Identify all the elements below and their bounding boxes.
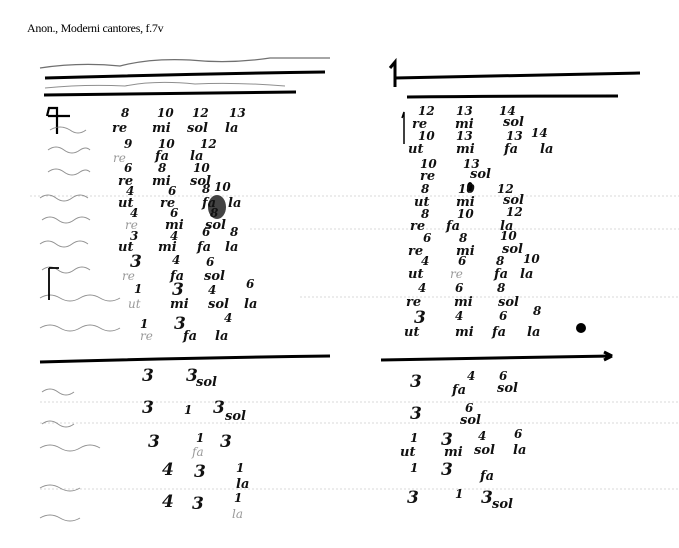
- interval-number: 9: [124, 138, 132, 150]
- interval-number: 4: [418, 282, 426, 294]
- interval-number: 3: [194, 464, 206, 481]
- interval-number: 3: [192, 496, 204, 513]
- interval-number: 6: [458, 255, 466, 267]
- interval-number: 1: [234, 492, 242, 504]
- interval-number: 10: [523, 253, 540, 265]
- interval-number: 3: [148, 434, 160, 451]
- solmization-syllable: la: [244, 298, 257, 311]
- solmization-syllable: re: [122, 270, 135, 282]
- solmization-syllable: mi: [152, 122, 171, 135]
- interval-number: 8: [230, 226, 238, 238]
- interval-number: 10: [458, 183, 475, 195]
- header-number: 10: [157, 107, 174, 119]
- solmization-syllable: ut: [408, 143, 423, 156]
- interval-number: 8: [202, 183, 210, 195]
- interval-number: 3: [410, 406, 422, 423]
- solmization-syllable: fa: [183, 330, 197, 343]
- interval-number: 1: [455, 488, 463, 500]
- solmization-syllable: sol: [474, 444, 495, 457]
- solmization-syllable: sol: [497, 382, 518, 395]
- interval-number: 8: [459, 232, 467, 244]
- interval-number: 3: [142, 368, 154, 385]
- solmization-syllable: la: [527, 326, 540, 339]
- interval-number: 6: [246, 278, 254, 290]
- solmization-syllable: mi: [444, 446, 463, 459]
- interval-number: 4: [162, 494, 174, 511]
- solmization-syllable: la: [540, 143, 553, 156]
- solmization-syllable: fa: [504, 143, 518, 156]
- interval-number: 3: [410, 374, 422, 391]
- solmization-syllable: la: [225, 241, 238, 254]
- interval-number: 1: [410, 432, 418, 444]
- manuscript-strokes: [0, 0, 679, 548]
- solmization-syllable: la: [228, 197, 241, 210]
- interval-number: 4: [172, 254, 180, 266]
- interval-number: 8: [496, 255, 504, 267]
- solmization-syllable: ut: [408, 268, 423, 281]
- interval-number: 8: [497, 282, 505, 294]
- solmization-syllable: la: [225, 122, 238, 135]
- header-number: 8: [121, 107, 129, 119]
- interval-number: 4: [467, 370, 475, 382]
- interval-number: 1: [134, 283, 142, 295]
- interval-number: 12: [418, 105, 435, 117]
- solmization-syllable: fa: [192, 446, 204, 458]
- header-number: 13: [229, 107, 246, 119]
- interval-number: 8: [421, 183, 429, 195]
- interval-number: 3: [441, 462, 453, 479]
- solmization-syllable: ut: [128, 298, 141, 310]
- solmization-syllable: mi: [170, 298, 189, 311]
- interval-number: 4: [478, 430, 486, 442]
- solmization-syllable: sol: [460, 414, 481, 427]
- solmization-syllable: la: [513, 444, 526, 457]
- solmization-syllable: sol: [470, 168, 491, 181]
- interval-number: 14: [531, 127, 548, 139]
- solmization-syllable: fa: [446, 220, 460, 233]
- interval-number: 13: [506, 130, 523, 142]
- interval-number: 10: [214, 181, 231, 193]
- solmization-syllable: sol: [196, 376, 217, 389]
- interval-number: 4: [455, 310, 463, 322]
- solmization-syllable: ut: [400, 446, 415, 459]
- solmization-syllable: sol: [498, 296, 519, 309]
- solmization-syllable: la: [215, 330, 228, 343]
- interval-number: 3: [213, 400, 225, 417]
- interval-number: 1: [236, 462, 244, 474]
- solmization-syllable: la: [520, 268, 533, 281]
- solmization-syllable: la: [232, 508, 243, 520]
- interval-number: 8: [533, 305, 541, 317]
- interval-number: 6: [514, 428, 522, 440]
- solmization-syllable: re: [140, 330, 153, 342]
- interval-number: 6: [202, 226, 210, 238]
- solmization-syllable: sol: [208, 298, 229, 311]
- interval-number: 1: [184, 404, 192, 416]
- solmization-syllable: sol: [503, 116, 524, 129]
- interval-number: 6: [455, 282, 463, 294]
- solmization-syllable: re: [112, 122, 127, 135]
- interval-number: 10: [500, 230, 517, 242]
- solmization-syllable: mi: [454, 296, 473, 309]
- solmization-syllable: la: [236, 478, 249, 491]
- solmization-syllable: fa: [492, 326, 506, 339]
- interval-number: 4: [208, 284, 216, 296]
- interval-number: 3: [142, 400, 154, 417]
- interval-number: 4: [224, 312, 232, 324]
- solmization-syllable: sol: [225, 410, 246, 423]
- interval-number: 4: [421, 255, 429, 267]
- solmization-syllable: mi: [456, 143, 475, 156]
- interval-number: 4: [162, 462, 174, 479]
- interval-number: 1: [196, 432, 204, 444]
- interval-number: 10: [193, 162, 210, 174]
- interval-number: 13: [456, 130, 473, 142]
- solmization-syllable: fa: [452, 384, 466, 397]
- interval-number: 6: [423, 232, 431, 244]
- interval-number: 13: [456, 105, 473, 117]
- solmization-syllable: fa: [480, 470, 494, 483]
- solmization-syllable: sol: [204, 270, 225, 283]
- interval-number: 8: [158, 162, 166, 174]
- interval-number: 6: [206, 256, 214, 268]
- solmization-syllable: sol: [492, 498, 513, 511]
- interval-number: 10: [418, 130, 435, 142]
- solmization-syllable: fa: [494, 268, 508, 281]
- solmization-syllable: ut: [404, 326, 419, 339]
- solmization-syllable: mi: [455, 326, 474, 339]
- solmization-syllable: fa: [197, 241, 211, 254]
- interval-number: 12: [506, 206, 523, 218]
- header-number: 12: [192, 107, 209, 119]
- interval-number: 6: [499, 310, 507, 322]
- interval-number: 3: [220, 434, 232, 451]
- interval-number: 6: [124, 162, 132, 174]
- interval-number: 3: [407, 490, 419, 507]
- solmization-syllable: re: [450, 268, 463, 280]
- solmization-syllable: sol: [502, 243, 523, 256]
- solmization-syllable: sol: [187, 122, 208, 135]
- interval-number: 1: [410, 462, 418, 474]
